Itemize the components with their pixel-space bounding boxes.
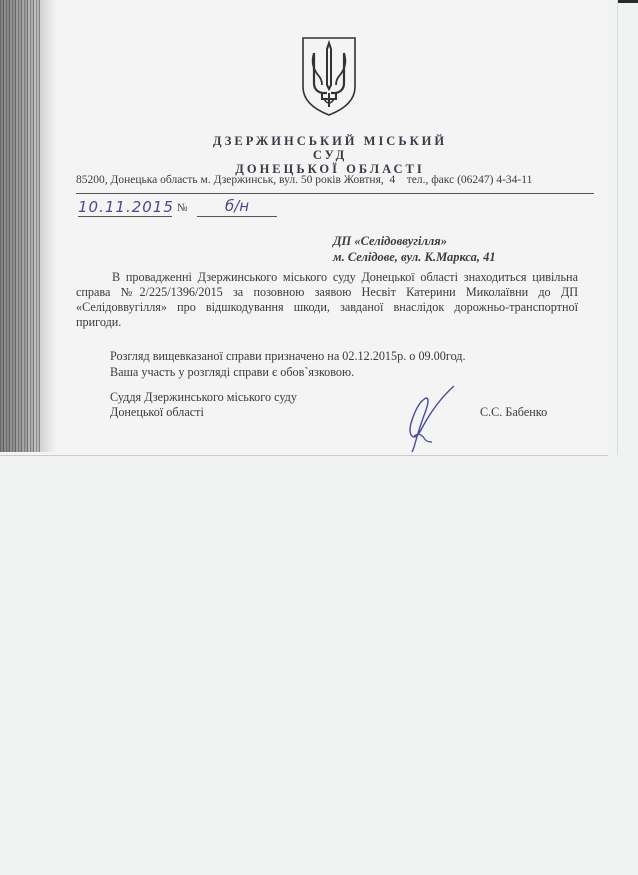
handwritten-number: б/н (197, 197, 277, 217)
handwritten-date: 10.11.2015 (78, 198, 172, 217)
hearing-block: Розгляд вищевказаної справи призначено н… (110, 348, 466, 380)
scan-right-edge (617, 0, 618, 455)
judge-title-line2: Донецької області (110, 405, 297, 420)
recipient-address: м. Селідове, вул. К.Маркса, 41 (333, 249, 496, 265)
judge-title-line1: Суддя Дзержинського міського суду (110, 390, 297, 405)
court-address: 85200, Донецька область м. Дзержинськ, в… (76, 174, 532, 186)
judge-name: С.С. Бабенко (480, 405, 547, 420)
handwritten-signature-icon (392, 382, 462, 454)
ukraine-trident-emblem-icon (300, 35, 358, 117)
scan-shadow-left-edge (0, 0, 40, 452)
hearing-date-line: Розгляд вищевказаної справи призначено н… (110, 348, 466, 364)
court-name-heading: ДЗЕРЖИНСЬКИЙ МІСЬКИЙ СУД ДОНЕЦЬКОЇ ОБЛАС… (200, 134, 460, 176)
scan-corner-mark (618, 0, 638, 3)
attendance-line: Ваша участь у розгляді справи є обов`язк… (110, 364, 466, 380)
judge-title: Суддя Дзержинського міського суду Донець… (110, 390, 297, 420)
recipient-block: ДП «Селідоввугілля» м. Селідове, вул. К.… (333, 233, 496, 265)
number-label: № (177, 202, 188, 214)
recipient-name: ДП «Селідоввугілля» (333, 233, 496, 249)
court-name-line1: ДЗЕРЖИНСЬКИЙ МІСЬКИЙ СУД (200, 134, 460, 162)
header-divider (76, 193, 594, 194)
case-paragraph: В провадженні Дзержинського міського суд… (76, 270, 578, 330)
